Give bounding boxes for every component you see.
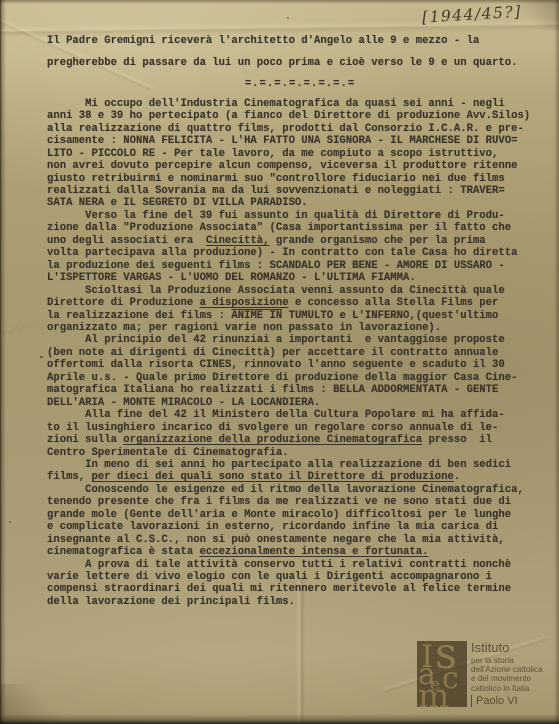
- text-segment: non avrei dovuto percepire alcun compens…: [47, 160, 517, 172]
- text-segment: tenendo presente che fra i films da me r…: [47, 496, 511, 508]
- paper-speck: [287, 17, 289, 19]
- document-line: Conoscendo le esigenze ed il ritmo della…: [47, 484, 553, 496]
- text-segment: cinematografica è stata: [47, 546, 200, 558]
- text-segment: Il Padre Gremigni riceverà l'architetto …: [47, 35, 479, 47]
- text-segment: realizzati dalla Sovrania ma da lui sovv…: [47, 185, 505, 197]
- document-line: L'ISPETTORE VARGAS - L'UOMO DEL ROMANZO …: [47, 272, 553, 284]
- document-line: cinematografica è stata eccezionalmente …: [47, 546, 553, 558]
- pencil-scribble-mark: [0, 316, 50, 343]
- text-segment: TUMULTO e L'INFERNO,(quest'ultimo: [282, 310, 498, 322]
- paragraph: In meno di sei anni ho partecipato alla …: [47, 459, 553, 484]
- paper-speck: [9, 521, 11, 523]
- text-segment: alla realizzazione di quattro films, pro…: [47, 123, 524, 135]
- paragraph: Verso la fine del 39 fui assunto in qual…: [47, 210, 553, 285]
- document-line: offertomi dalla risorta CINES, rinnovato…: [47, 359, 553, 371]
- document-line: LITO - PICCOLO RE - Per tale lavoro, da …: [47, 148, 553, 160]
- text-segment: a disposizione: [200, 297, 289, 309]
- text-segment: Conoscendo le esigenze ed il ritmo della…: [47, 484, 524, 496]
- text-segment: grande organismo che per la prima: [270, 235, 486, 247]
- paragraph: Alla fine del 42 il Ministero della Cult…: [47, 409, 553, 459]
- separator-line: =.=.=.=.=.=.=.=: [47, 78, 553, 91]
- document-line: organizzato ma; per ragioni varie non pa…: [47, 322, 553, 334]
- text-segment: volta partecipava alla produzione) - In …: [47, 247, 517, 259]
- text-segment: insegnante al C.S.C., non si può onestam…: [47, 534, 505, 546]
- document-line: In meno di sei anni ho partecipato alla …: [47, 459, 553, 471]
- scan-edge-shadow: [0, 0, 559, 4]
- document-line: uno degli associati era Cinecittà, grand…: [47, 235, 553, 247]
- document-line: A prova di tale attività conservo tutti …: [47, 559, 553, 571]
- document-line: insegnante al C.S.C., non si può onestam…: [47, 534, 553, 546]
- document-line: pregherebbe di passare da lui un poco pr…: [47, 52, 553, 74]
- document-line: matografica Italiana ho realizzati i fil…: [47, 384, 553, 396]
- paper-speck: [40, 356, 43, 358]
- text-segment: cisamente : NONNA FELICITA - L'HA FATTO …: [47, 135, 517, 147]
- text-segment: LITO - PICCOLO RE - Per tale lavoro, da …: [47, 148, 498, 160]
- document-line: Aprile u.s. - Quale primo Direttore di p…: [47, 372, 553, 384]
- document-line: Mi occupo dell'Industria Cinematografica…: [47, 98, 553, 110]
- document-line: della lavorazione dei principali films.: [47, 596, 553, 608]
- document-line: grande mole (Gente dell'aria e Monte mir…: [47, 509, 553, 521]
- document-line: giusto retribuirmi e nominarmi suo "cont…: [47, 173, 553, 185]
- paragraph: Al principio del 42 rinunziai a importan…: [47, 334, 553, 409]
- scan-edge-shadow: [554, 0, 559, 724]
- paragraph: Scioltasi la Produzione Associata venni …: [47, 285, 553, 335]
- text-segment: compensi straordinari dei quali mi riten…: [47, 583, 511, 595]
- text-segment: In meno di sei anni ho partecipato alla …: [47, 459, 511, 471]
- scanned-document-page: [1944/45?] Il Padre Gremigni riceverà l'…: [0, 0, 559, 724]
- text-segment: Al principio del 42 rinunziai a importan…: [47, 334, 505, 346]
- stamp-footer: Paolo VI: [471, 695, 543, 707]
- document-line: la produzione dei seguenti films : SCAND…: [47, 260, 553, 272]
- text-segment: SATA NERA e IL SEGRETO DI VILLA PARADISO…: [47, 197, 308, 209]
- paragraph: Il Padre Gremigni riceverà l'architetto …: [47, 30, 553, 75]
- document-line: Il Padre Gremigni riceverà l'architetto …: [47, 30, 553, 52]
- text-segment: varie lettere di vivo elogio con le qual…: [47, 571, 492, 583]
- text-segment: Scioltasi la Produzione Associata venni …: [47, 285, 505, 297]
- text-segment: (ben note ai dirigenti di Cinecittà) per…: [47, 347, 498, 359]
- scan-corner-shadow: [513, 0, 559, 30]
- text-segment: uno degli associati era: [47, 235, 206, 247]
- document-line: Verso la fine del 39 fui assunto in qual…: [47, 210, 553, 222]
- typewritten-text: Il Padre Gremigni riceverà l'architetto …: [47, 30, 553, 608]
- text-segment: grande mole (Gente dell'aria e Monte mir…: [47, 509, 511, 521]
- stamp-text-line: per la storia: [471, 656, 543, 665]
- paragraph: Conoscendo le esigenze ed il ritmo della…: [47, 484, 553, 559]
- document-line: DELL'ARIA - MONTE MIRACOLO - LA LOCANDIE…: [47, 397, 553, 409]
- text-segment: eccezionalmente intensa e fortunata.: [200, 546, 429, 558]
- stamp-text-block: Istituto per la storia dell'Azione catto…: [471, 641, 543, 707]
- document-line: zioni sulla organizzazione della produzi…: [47, 434, 553, 446]
- stamp-text-line: dell'Azione cattolica: [471, 665, 543, 674]
- text-segment: e complicate lavorazioni in esterno, ric…: [47, 521, 498, 533]
- text-segment: Cinecittà,: [206, 235, 270, 247]
- text-segment: Centro Sperimentale di Cinematografia.: [47, 447, 289, 459]
- text-segment: zione dalla "Produzione Associata" (Casa…: [47, 222, 511, 234]
- text-segment: Verso la fine del 39 fui assunto in qual…: [47, 210, 505, 222]
- document-line: Direttore di Produzione a disposizione e…: [47, 297, 553, 309]
- stamp-title: Istituto: [471, 641, 543, 654]
- document-line: films, per dieci dei quali sono stato il…: [47, 471, 553, 483]
- text-segment: la realizzazione dei films :: [47, 310, 231, 322]
- text-segment: della lavorazione dei principali films.: [47, 596, 295, 608]
- document-line: Scioltasi la Produzione Associata venni …: [47, 285, 553, 297]
- document-line: (ben note ai dirigenti di Cinecittà) per…: [47, 347, 553, 359]
- text-segment: .: [454, 471, 460, 483]
- scan-edge-shadow: [0, 0, 6, 724]
- document-line: alla realizzazione di quattro films, pro…: [47, 123, 553, 135]
- document-line: varie lettere di vivo elogio con le qual…: [47, 571, 553, 583]
- text-segment: presso il: [422, 434, 492, 446]
- text-segment: matografica Italiana ho realizzati i fil…: [47, 384, 498, 396]
- text-segment: L'ISPETTORE VARGAS - L'UOMO DEL ROMANZO …: [47, 272, 416, 284]
- text-segment: la produzione dei seguenti films : SCAND…: [47, 260, 505, 272]
- monogram-letter: m: [418, 679, 449, 712]
- text-segment: per dieci dei quali sono stato il Dirett…: [92, 471, 454, 483]
- text-segment: ANIME IN: [231, 310, 282, 322]
- text-segment: to il lusinghiero incarico di svolgere u…: [47, 422, 498, 434]
- paragraph: Mi occupo dell'Industria Cinematografica…: [47, 98, 553, 210]
- document-line: realizzati dalla Sovrania ma da lui sovv…: [47, 185, 553, 197]
- text-segment: pregherebbe di passare da lui un poco pr…: [47, 57, 517, 69]
- text-segment: offertomi dalla risorta CINES, rinnovato…: [47, 359, 505, 371]
- text-segment: Alla fine del 42 il Ministero della Cult…: [47, 409, 505, 421]
- scan-edge-shadow: [0, 714, 559, 724]
- document-line: anni 38 e 39 ho pertecipato (a fianco de…: [47, 110, 553, 122]
- stamp-text-line: cattolico in Italia: [471, 684, 543, 693]
- text-segment: DELL'ARIA - MONTE MIRACOLO - LA LOCANDIE…: [47, 397, 320, 409]
- document-line: volta partecipava alla produzione) - In …: [47, 247, 553, 259]
- document-line: compensi straordinari dei quali mi riten…: [47, 583, 553, 595]
- text-segment: Mi occupo dell'Industria Cinematografica…: [47, 98, 505, 110]
- document-line: to il lusinghiero incarico di svolgere u…: [47, 422, 553, 434]
- isacem-monogram: I s a c e m: [417, 641, 467, 707]
- text-segment: giusto retribuirmi e nominarmi suo "cont…: [47, 173, 505, 185]
- text-segment: anni 38 e 39 ho pertecipato (a fianco de…: [47, 110, 530, 122]
- text-segment: Aprile u.s. - Quale primo Direttore di p…: [47, 372, 517, 384]
- document-line: non avrei dovuto percepire alcun compens…: [47, 160, 553, 172]
- document-line: SATA NERA e IL SEGRETO DI VILLA PARADISO…: [47, 197, 553, 209]
- text-segment: zioni sulla: [47, 434, 123, 446]
- document-line: la realizzazione dei films : ANIME IN TU…: [47, 310, 553, 322]
- text-segment: films,: [47, 471, 92, 483]
- document-line: zione dalla "Produzione Associata" (Casa…: [47, 222, 553, 234]
- text-segment: Direttore di Produzione: [47, 297, 200, 309]
- document-line: tenendo presente che fra i films da me r…: [47, 496, 553, 508]
- archive-stamp: I s a c e m Istituto per la storia dell'…: [417, 641, 543, 707]
- document-line: Centro Sperimentale di Cinematografia.: [47, 447, 553, 459]
- text-segment: organizzazione della produzione Cinemato…: [123, 434, 422, 446]
- stamp-text-line: e del movimento: [471, 674, 543, 683]
- text-segment: e concesso alla Stella Films per: [289, 297, 499, 309]
- document-line: Alla fine del 42 il Ministero della Cult…: [47, 409, 553, 421]
- document-line: Al principio del 42 rinunziai a importan…: [47, 334, 553, 346]
- text-segment: A prova di tale attività conservo tutti …: [47, 559, 511, 571]
- paragraph: A prova di tale attività conservo tutti …: [47, 559, 553, 609]
- document-line: e complicate lavorazioni in esterno, ric…: [47, 521, 553, 533]
- document-line: cisamente : NONNA FELICITA - L'HA FATTO …: [47, 135, 553, 147]
- text-segment: organizzato ma; per ragioni varie non pa…: [47, 322, 441, 334]
